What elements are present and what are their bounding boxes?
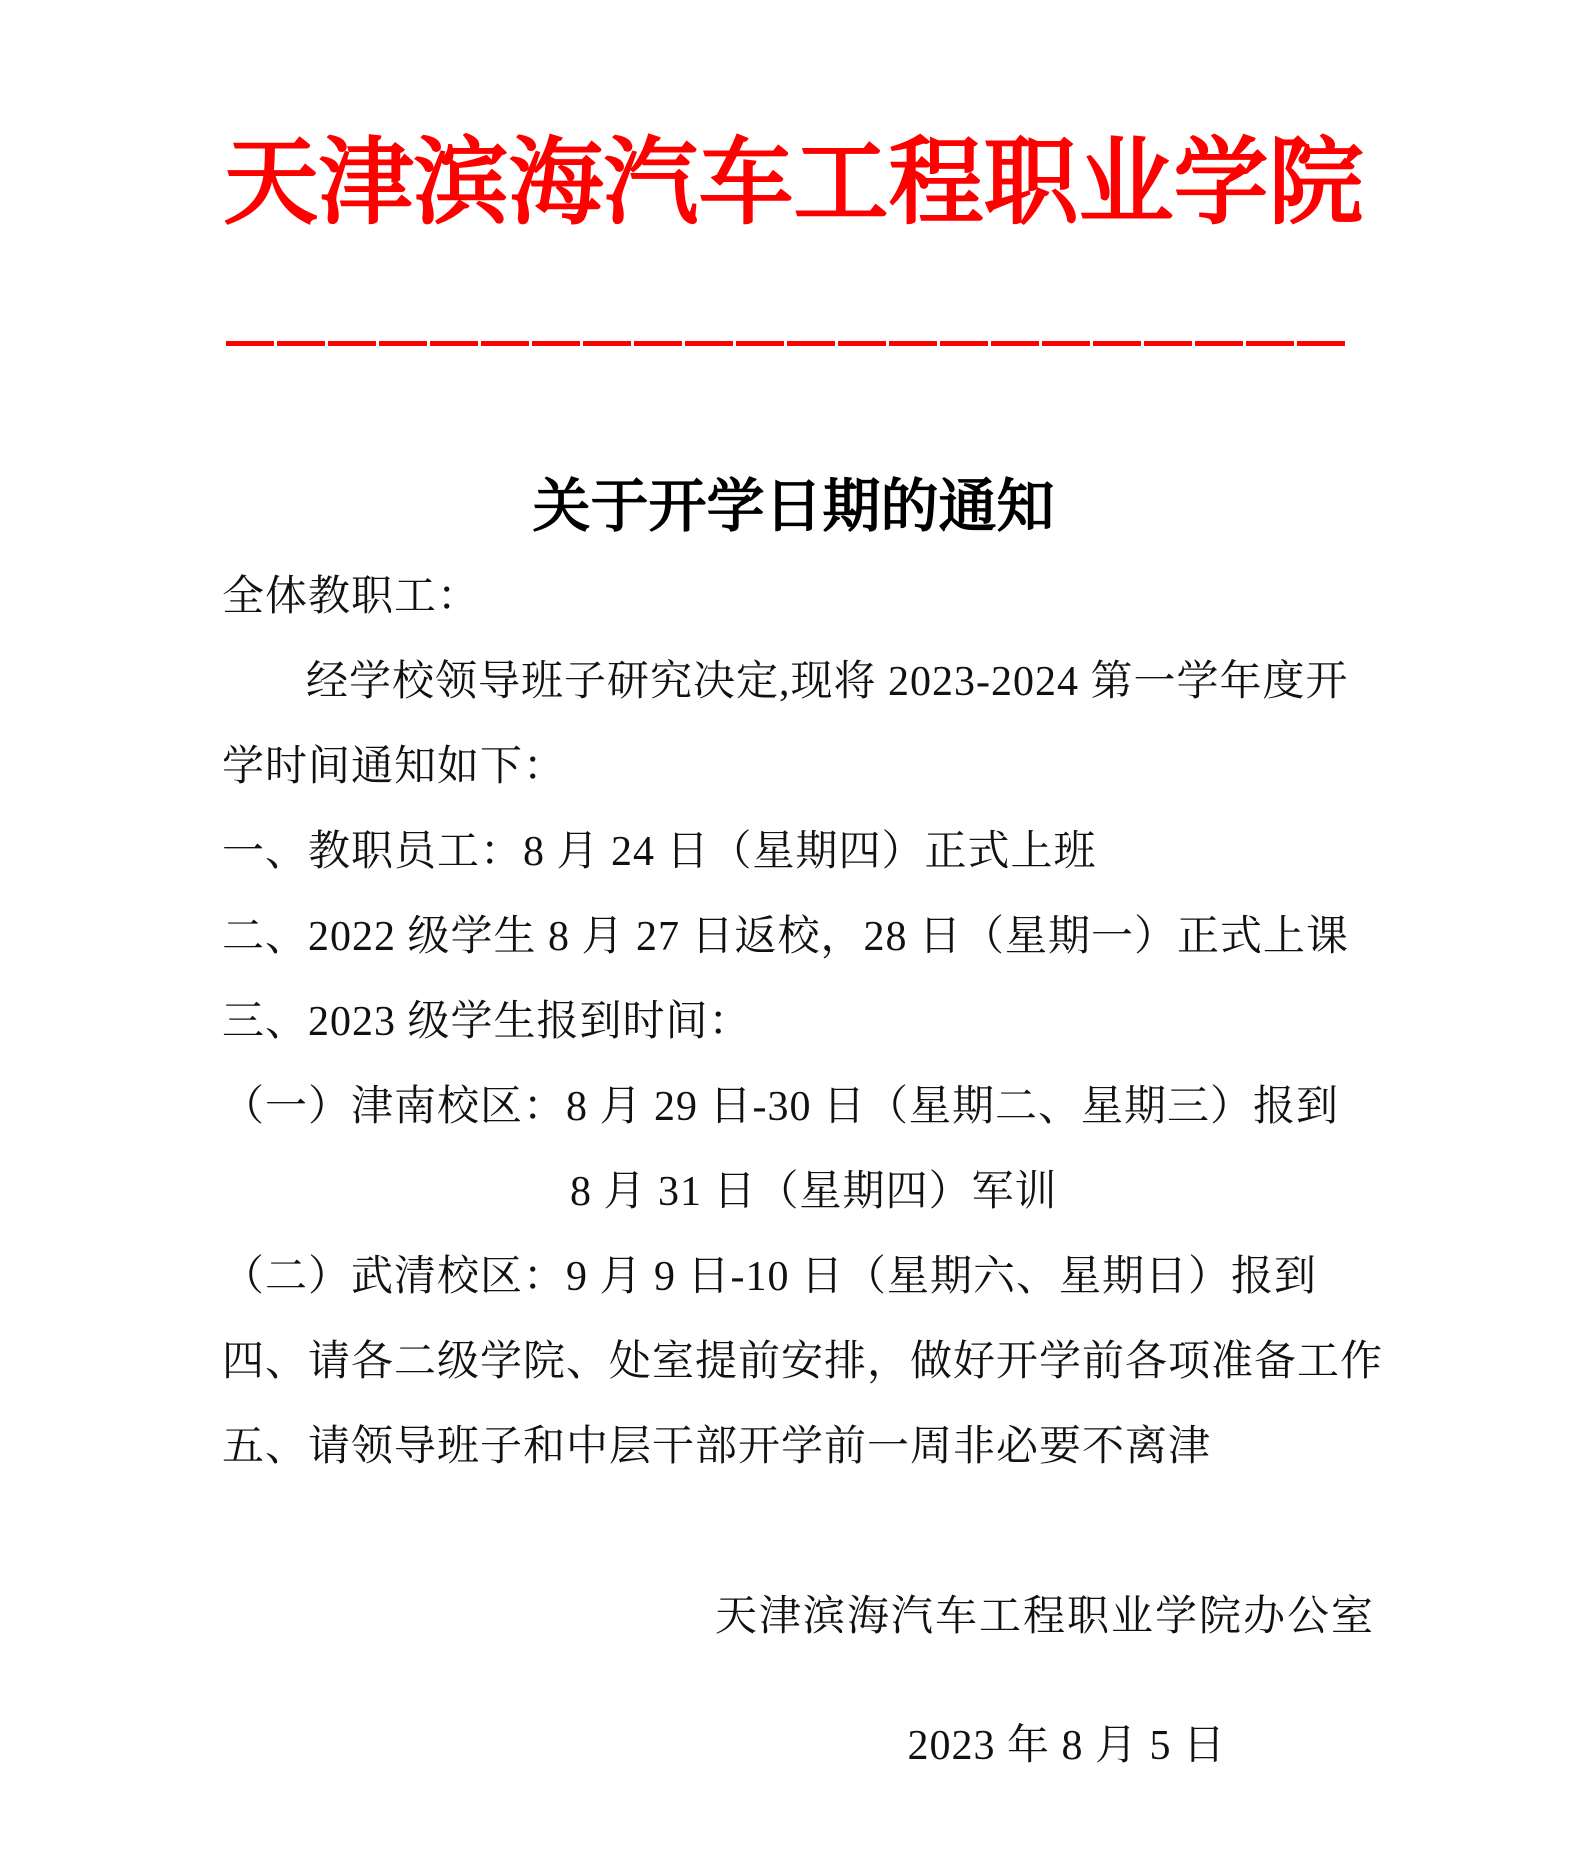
letterhead-title: 天津滨海汽车工程职业学院	[0, 128, 1587, 238]
item-5-leadership-travel-restriction: 五、请领导班子和中层干部开学前一周非必要不离津	[222, 1405, 1377, 1490]
item-2-grade2022-return-date: 二、2022 级学生 8 月 27 日返校，28 日（星期一）正式上课	[222, 895, 1377, 980]
notice-body: 全体教职工： 经学校领导班子研究决定,现将 2023-2024 第一学年度开 学…	[222, 555, 1377, 1490]
item-3-2-wuqing-campus-dates: （二）武清校区：9 月 9 日-10 日（星期六、星期日）报到	[222, 1235, 1377, 1320]
notice-heading: 关于开学日期的通知	[0, 468, 1587, 546]
signature-date: 2023 年 8 月 5 日	[715, 1704, 1226, 1789]
item-3-1-jinnan-campus-dates: （一）津南校区：8 月 29 日-30 日（星期二、星期三）报到	[222, 1065, 1377, 1150]
item-4-preparation-request: 四、请各二级学院、处室提前安排，做好开学前各项准备工作	[222, 1320, 1377, 1405]
salutation-line: 全体教职工：	[222, 555, 1377, 640]
item-3-1-military-training-date: 8 月 31 日（星期四）军训	[222, 1150, 1377, 1235]
notice-document-page: 天津滨海汽车工程职业学院 关于开学日期的通知 全体教职工： 经学校领导班子研究决…	[0, 0, 1587, 1853]
signature-office-name: 天津滨海汽车工程职业学院办公室	[715, 1575, 1375, 1660]
signature-block: 天津滨海汽车工程职业学院办公室 2023 年 8 月 5 日	[715, 1575, 1375, 1789]
letterhead-separator-line	[226, 341, 1348, 346]
intro-paragraph-line-2: 学时间通知如下：	[222, 725, 1377, 810]
item-1-staff-start-date: 一、教职员工：8 月 24 日（星期四）正式上班	[222, 810, 1377, 895]
intro-paragraph-line-1: 经学校领导班子研究决定,现将 2023-2024 第一学年度开	[222, 640, 1377, 725]
item-3-grade2023-registration-header: 三、2023 级学生报到时间：	[222, 980, 1377, 1065]
